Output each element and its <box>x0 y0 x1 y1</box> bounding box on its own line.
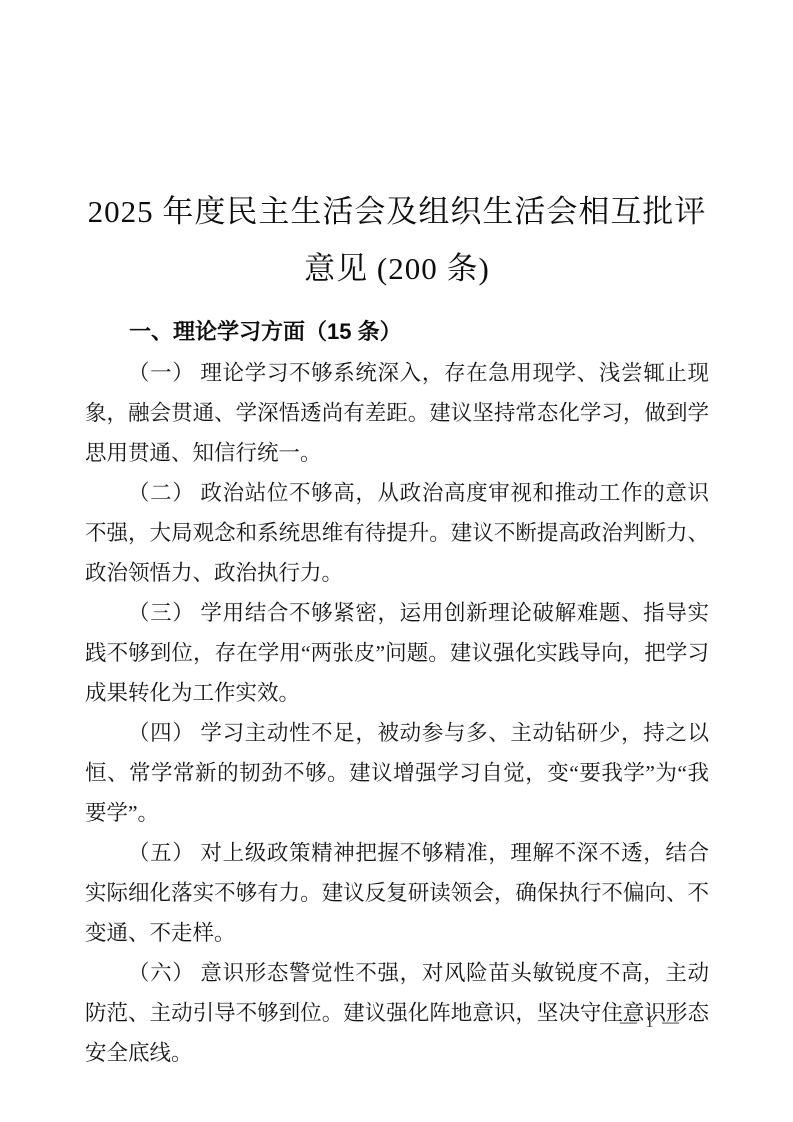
page-number: — 1 — <box>620 1012 681 1032</box>
document-title: 2025 年度民主生活会及组织生活会相互批评 意见 (200 条) <box>85 0 709 297</box>
document-page: 2025 年度民主生活会及组织生活会相互批评 意见 (200 条) 一、理论学习… <box>0 0 793 1122</box>
paragraph-item-6: （六） 意识形态警觉性不强，对风险苗头敏锐度不高，主动防范、主动引导不够到位。建… <box>85 953 709 1073</box>
title-line-2: 意见 (200 条) <box>85 240 709 297</box>
paragraph-item-2: （二） 政治站位不够高，从政治高度审视和推动工作的意识不强，大局观念和系统思维有… <box>85 473 709 593</box>
document-content: 2025 年度民主生活会及组织生活会相互批评 意见 (200 条) 一、理论学习… <box>85 0 709 1073</box>
paragraph-item-5: （五） 对上级政策精神把握不够精准，理解不深不透，结合实际细化落实不够有力。建议… <box>85 833 709 953</box>
paragraph-item-4: （四） 学习主动性不足，被动参与多、主动钻研少，持之以恒、常学常新的韧劲不够。建… <box>85 713 709 833</box>
section-heading: 一、理论学习方面（15 条） <box>85 311 709 353</box>
paragraph-item-1: （一） 理论学习不够系统深入，存在急用现学、浅尝辄止现象，融会贯通、学深悟透尚有… <box>85 353 709 473</box>
title-line-1: 2025 年度民主生活会及组织生活会相互批评 <box>85 183 709 240</box>
paragraph-item-3: （三） 学用结合不够紧密，运用创新理论破解难题、指导实践不够到位，存在学用“两张… <box>85 593 709 713</box>
